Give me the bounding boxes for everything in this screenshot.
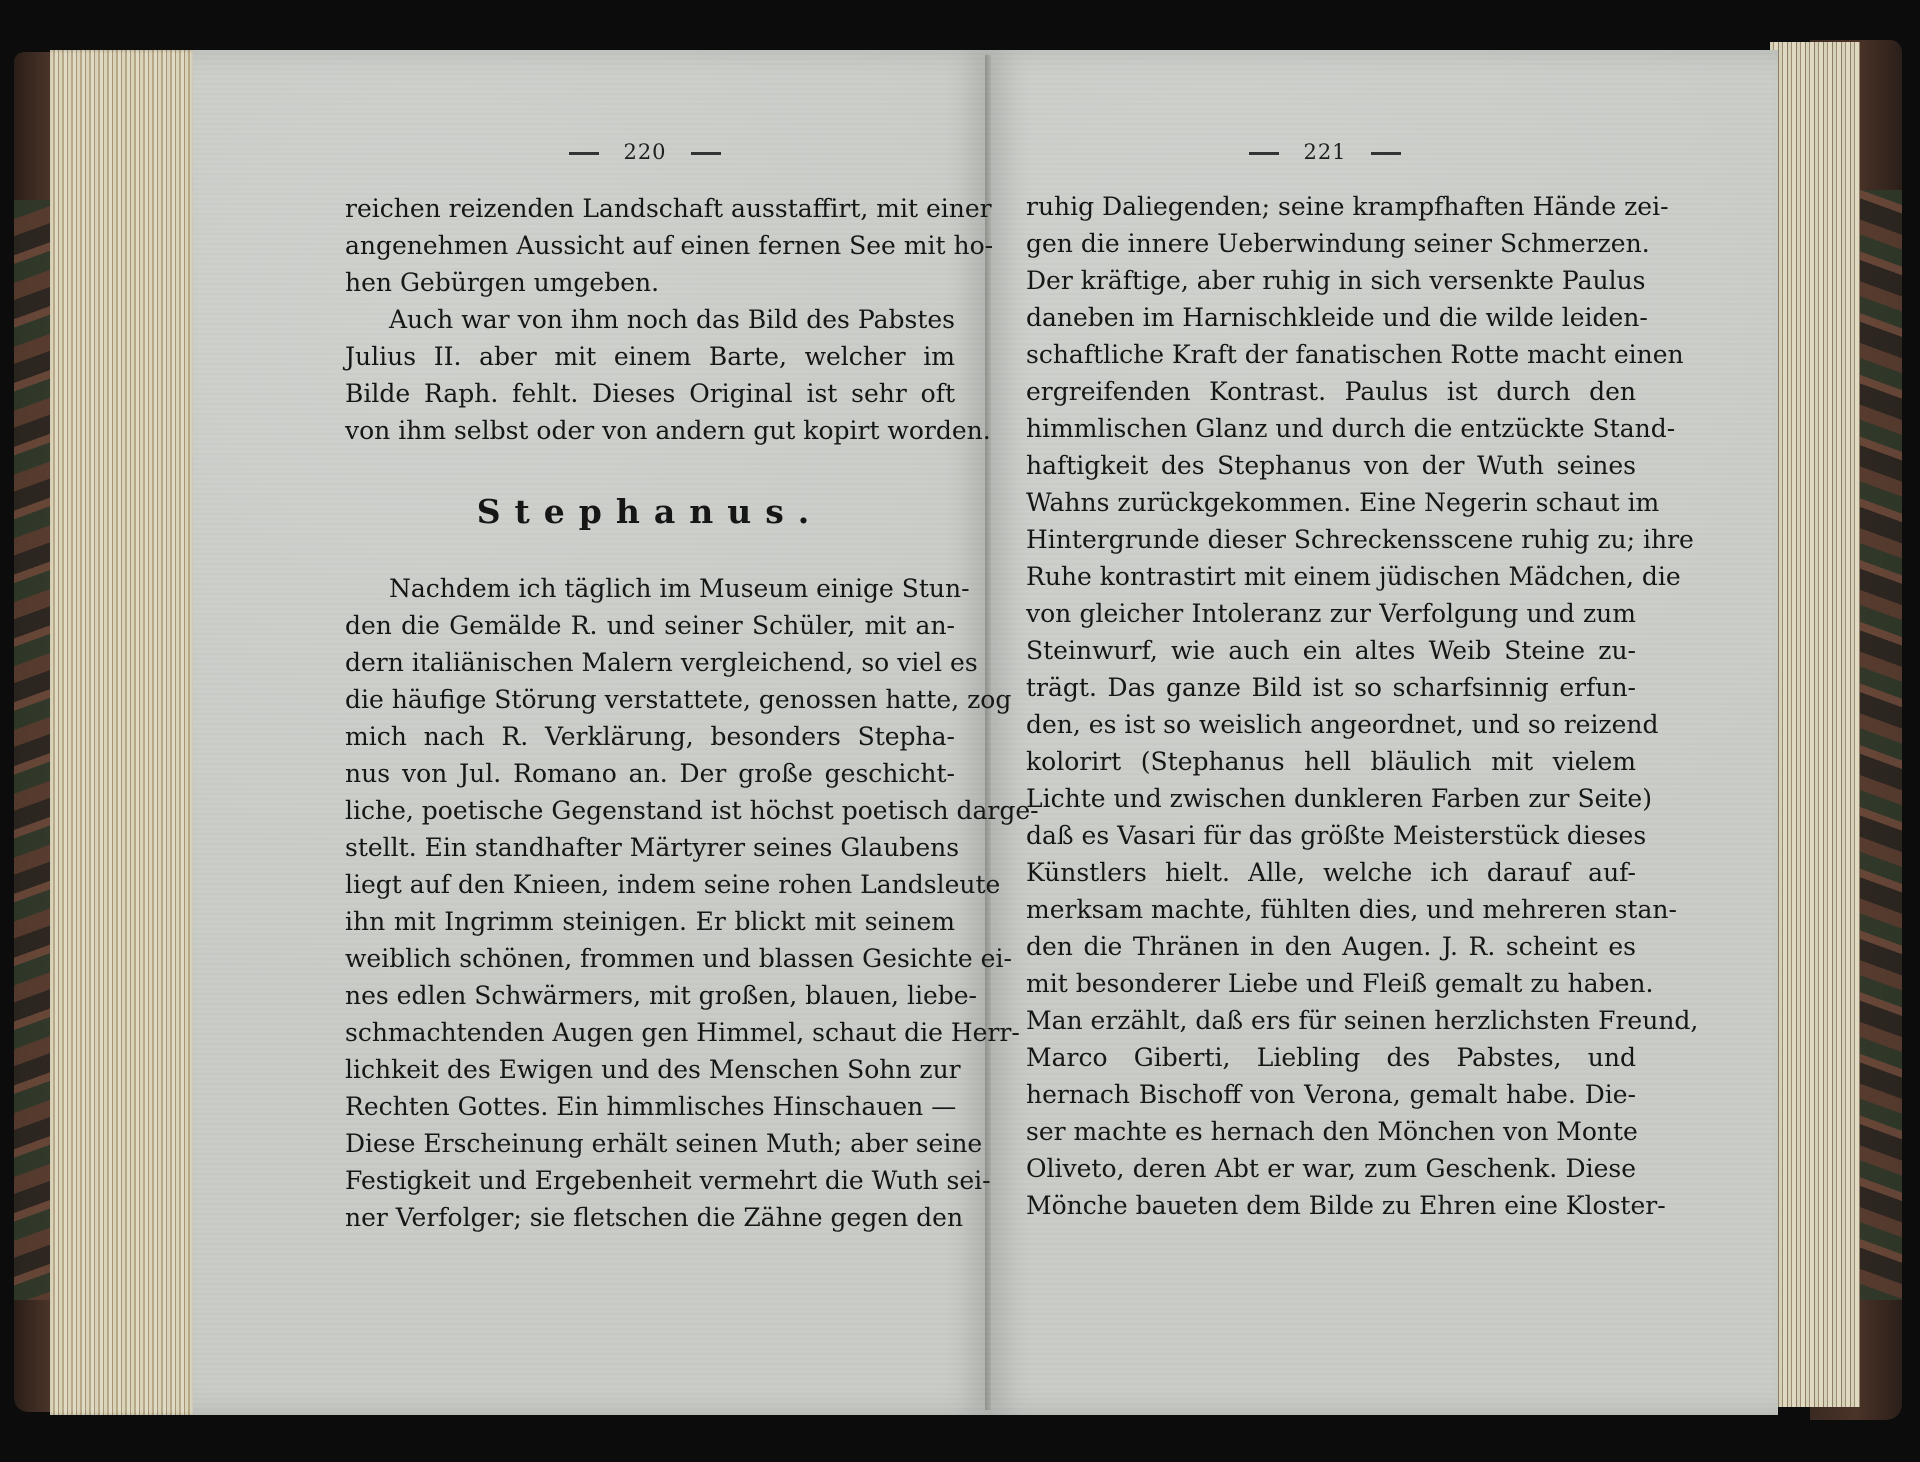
text-line: hernach Bischoff von Verona, gemalt habe…	[1026, 1076, 1636, 1113]
text-line: Ruhe kontrastirt mit einem jüdischen Mäd…	[1026, 558, 1636, 595]
text-line: liche, poetische Gegenstand ist höchst p…	[345, 792, 955, 829]
text-line: Hintergrunde dieser Schreckensscene ruhi…	[1026, 521, 1636, 558]
text-line: von ihm selbst oder von andern gut kopir…	[345, 412, 955, 449]
text-line: Lichte und zwischen dunkleren Farben zur…	[1026, 780, 1636, 817]
text-line: Rechten Gottes. Ein himmlisches Hinschau…	[345, 1088, 955, 1125]
text-line: Künstlers hielt. Alle, welche ich darauf…	[1026, 854, 1636, 891]
page-edges-left	[50, 50, 195, 1415]
right-page-number: 221	[1025, 140, 1625, 164]
text-line: daß es Vasari für das größte Meisterstüc…	[1026, 817, 1636, 854]
text-line: Mönche baueten dem Bilde zu Ehren eine K…	[1026, 1187, 1636, 1224]
text-line: Nachdem ich täglich im Museum einige Stu…	[345, 570, 955, 607]
dash-ornament	[1249, 152, 1279, 155]
text-line: die häufige Störung verstattete, genosse…	[345, 681, 955, 718]
dash-ornament	[569, 152, 599, 155]
text-line: merksam machte, fühlten dies, und mehrer…	[1026, 891, 1636, 928]
text-line: mit besonderer Liebe und Fleiß gemalt zu…	[1026, 965, 1636, 1002]
text-line: Julius II. aber mit einem Barte, welcher…	[345, 338, 955, 375]
book-cover-marble-left	[14, 200, 54, 1300]
page-edges-right	[1770, 42, 1860, 1407]
text-line: daneben im Harnischkleide und die wilde …	[1026, 299, 1636, 336]
text-line: himmlischen Glanz und durch die entzückt…	[1026, 410, 1636, 447]
text-line: ruhig Daliegenden; seine krampfhaften Hä…	[1026, 188, 1636, 225]
text-line: dern italiänischen Malern vergleichend, …	[345, 644, 955, 681]
text-line: ser machte es hernach den Mönchen von Mo…	[1026, 1113, 1636, 1150]
text-line: angenehmen Aussicht auf einen fernen See…	[345, 227, 955, 264]
text-line: nes edlen Schwärmers, mit großen, blauen…	[345, 977, 955, 1014]
text-line: schaftliche Kraft der fanatischen Rotte …	[1026, 336, 1636, 373]
text-line: Man erzählt, daß ers für seinen herzlich…	[1026, 1002, 1636, 1039]
dash-ornament	[691, 152, 721, 155]
text-line: von gleicher Intoleranz zur Verfolgung u…	[1026, 595, 1636, 632]
text-line: schmachtenden Augen gen Himmel, schaut d…	[345, 1014, 955, 1051]
right-page-text: ruhig Daliegenden; seine krampfhaften Hä…	[1026, 188, 1636, 1224]
text-line: haftigkeit des Stephanus von der Wuth se…	[1026, 447, 1636, 484]
text-line: den, es ist so weislich angeordnet, und …	[1026, 706, 1636, 743]
text-line: ihn mit Ingrimm steinigen. Er blickt mit…	[345, 903, 955, 940]
text-line: kolorirt (Stephanus hell bläulich mit vi…	[1026, 743, 1636, 780]
text-line: Festigkeit und Ergebenheit vermehrt die …	[345, 1162, 955, 1199]
text-line: Steinwurf, wie auch ein altes Weib Stein…	[1026, 632, 1636, 669]
text-line: hen Gebürgen umgeben.	[345, 264, 955, 301]
section-heading: Stephanus.	[345, 492, 955, 532]
dash-ornament	[1371, 152, 1401, 155]
text-line: Der kräftige, aber ruhig in sich versenk…	[1026, 262, 1636, 299]
left-page-text: reichen reizenden Landschaft ausstaffirt…	[345, 190, 955, 1236]
text-line: weiblich schönen, frommen und blassen Ge…	[345, 940, 955, 977]
page-number-text: 221	[1303, 140, 1346, 164]
text-line: trägt. Das ganze Bild ist so scharfsinni…	[1026, 669, 1636, 706]
book-cover-marble-right	[1858, 190, 1902, 1300]
text-line: Auch war von ihm noch das Bild des Pabst…	[345, 301, 955, 338]
text-line: lichkeit des Ewigen und des Menschen Soh…	[345, 1051, 955, 1088]
page-number-text: 220	[623, 140, 666, 164]
text-line: Wahns zurückgekommen. Eine Negerin schau…	[1026, 484, 1636, 521]
text-line: mich nach R. Verklärung, besonders Steph…	[345, 718, 955, 755]
text-line: reichen reizenden Landschaft ausstaffirt…	[345, 190, 955, 227]
text-line: den die Thränen in den Augen. J. R. sche…	[1026, 928, 1636, 965]
text-line: Marco Giberti, Liebling des Pabstes, und	[1026, 1039, 1636, 1076]
text-line: stellt. Ein standhafter Märtyrer seines …	[345, 829, 955, 866]
text-line: nus von Jul. Romano an. Der große geschi…	[345, 755, 955, 792]
text-line: ergreifenden Kontrast. Paulus ist durch …	[1026, 373, 1636, 410]
text-line: ner Verfolger; sie fletschen die Zähne g…	[345, 1199, 955, 1236]
text-line: Bilde Raph. fehlt. Dieses Original ist s…	[345, 375, 955, 412]
text-line: liegt auf den Knieen, indem seine rohen …	[345, 866, 955, 903]
text-line: gen die innere Ueberwindung seiner Schme…	[1026, 225, 1636, 262]
text-line: Diese Erscheinung erhält seinen Muth; ab…	[345, 1125, 955, 1162]
text-line: Oliveto, deren Abt er war, zum Geschenk.…	[1026, 1150, 1636, 1187]
text-line: den die Gemälde R. und seiner Schüler, m…	[345, 607, 955, 644]
left-page-number: 220	[345, 140, 945, 164]
